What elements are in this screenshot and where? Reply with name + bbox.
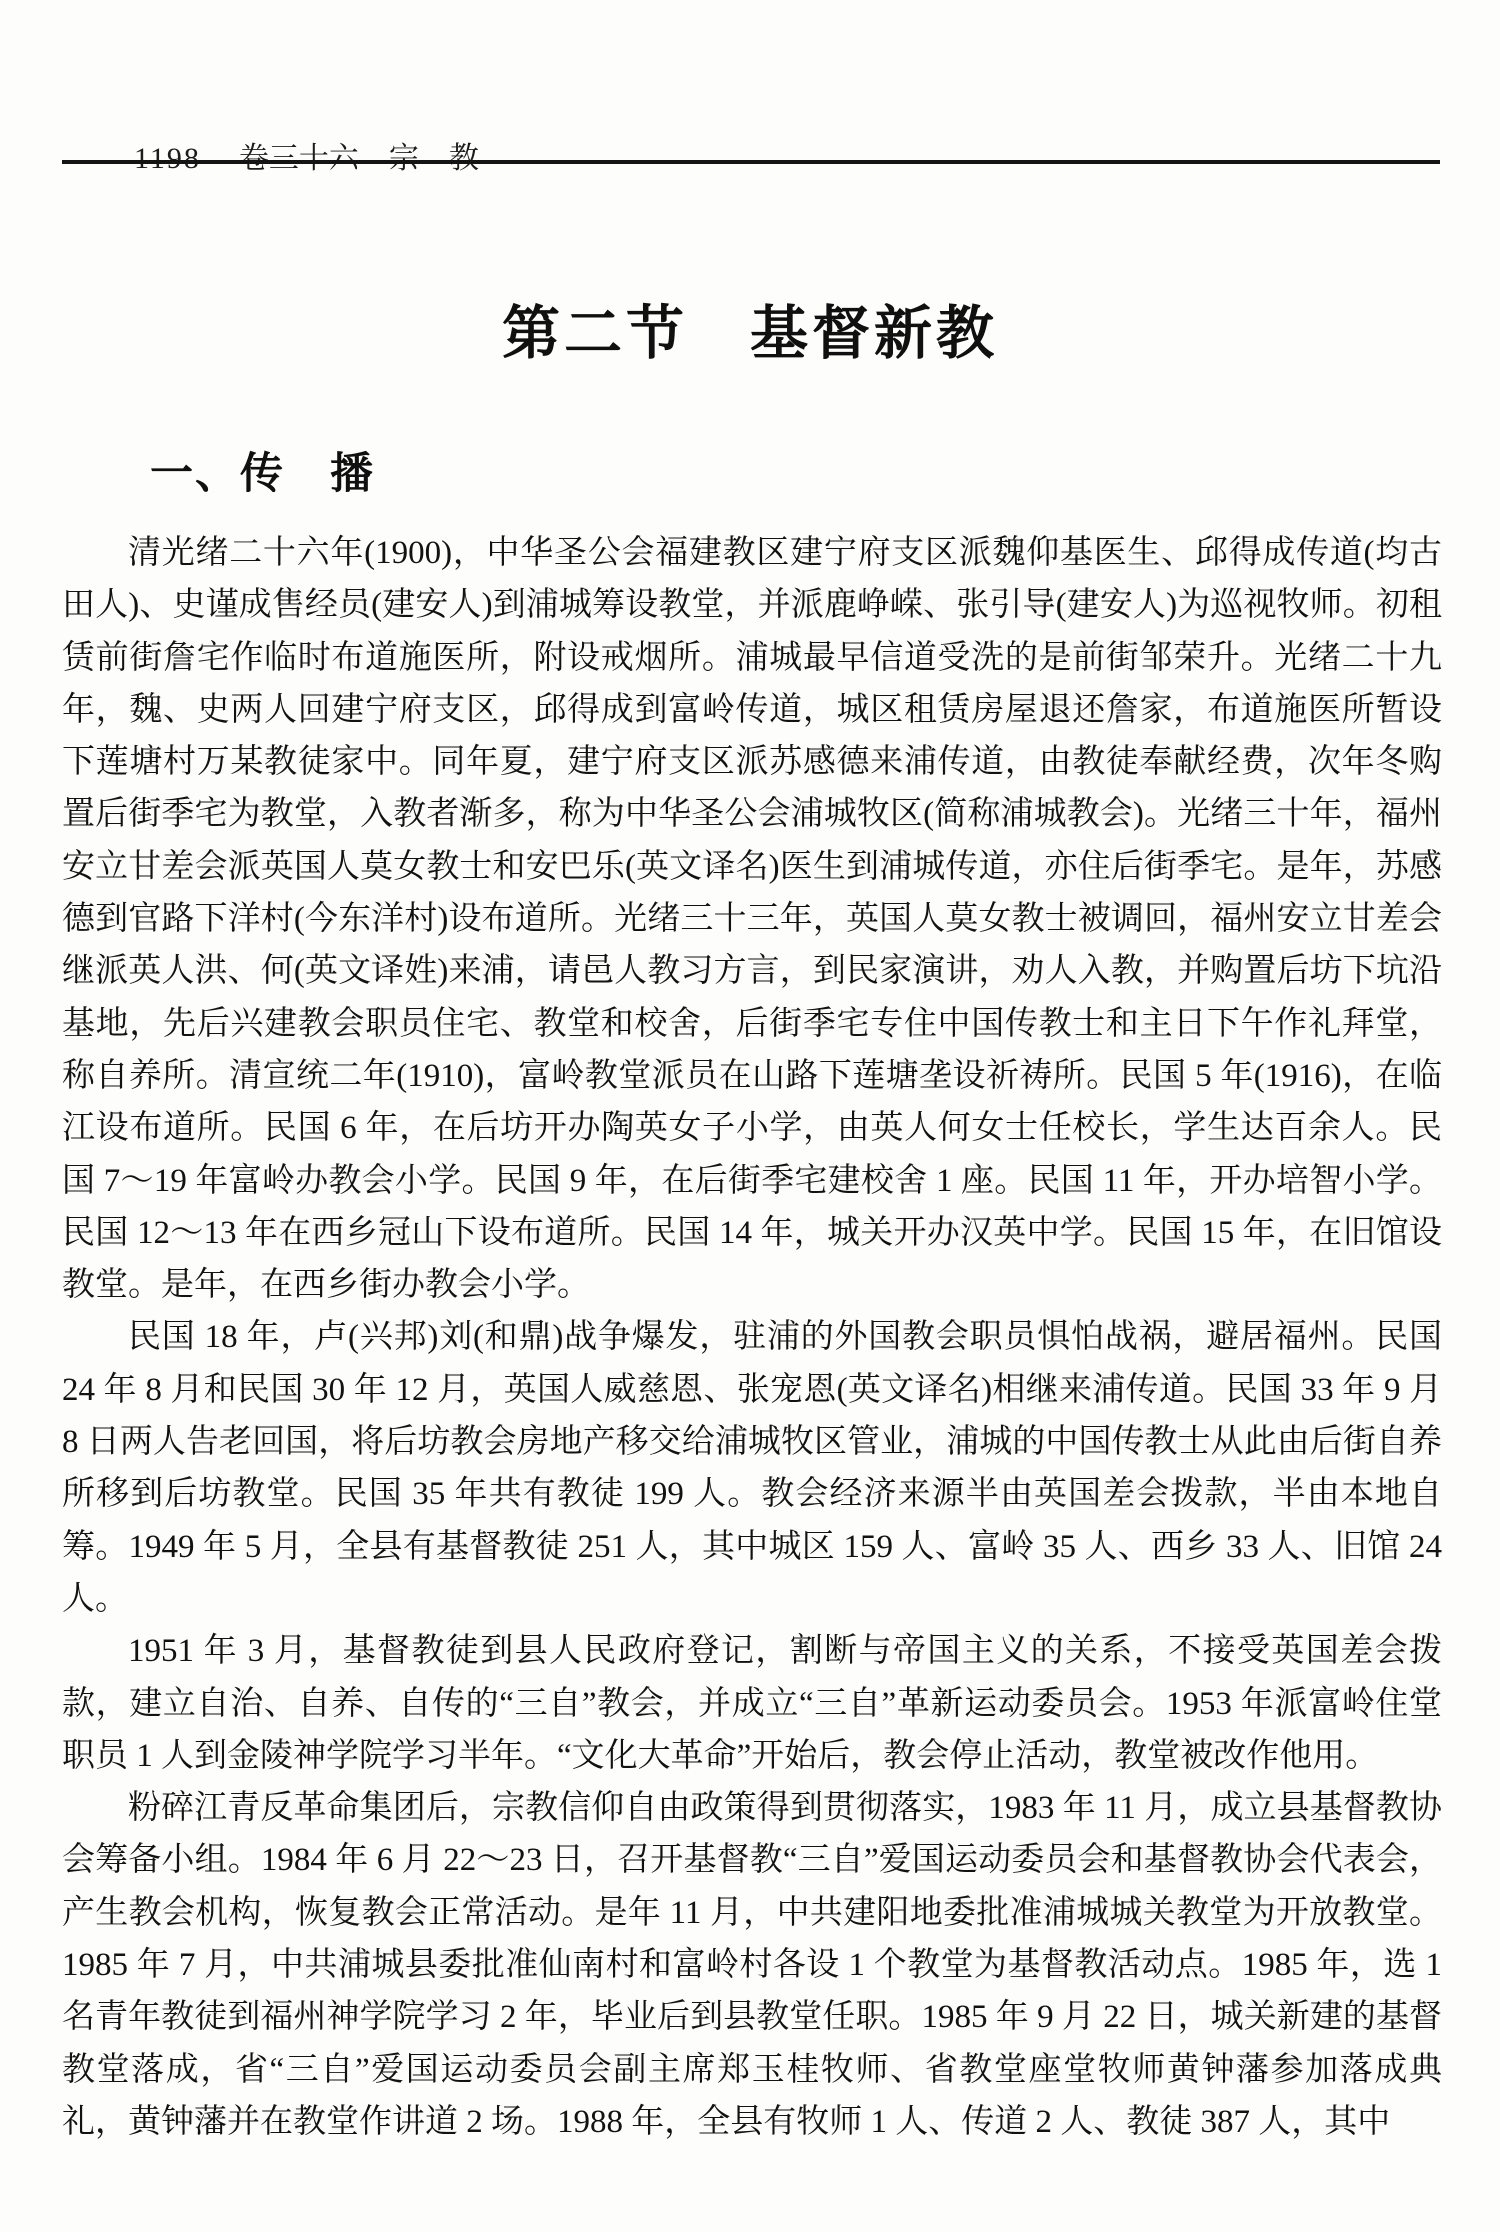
body-text: 清光绪二十六年(1900)，中华圣公会福建教区建宁府支区派魏仰基医生、邱得成传道… xyxy=(62,527,1442,2148)
running-header: 1198卷三十六 宗 教 xyxy=(104,108,1440,210)
page-number: 1198 xyxy=(134,142,201,176)
running-title: 卷三十六 宗 教 xyxy=(239,142,479,175)
paragraph-3: 1951 年 3 月，基督教徒到县人民政府登记，割断与帝国主义的关系，不接受英国… xyxy=(62,1625,1442,1782)
paragraph-4: 粉碎江青反革命集团后，宗教信仰自由政策得到贯彻落实，1983 年 11 月，成立… xyxy=(62,1782,1442,2148)
paragraph-2: 民国 18 年，卢(兴邦)刘(和鼎)战争爆发，驻浦的外国教会职员惧怕战祸，避居福… xyxy=(62,1311,1442,1625)
book-page: 1198卷三十六 宗 教 第二节 基督新教 一、传 播 清光绪二十六年(1900… xyxy=(0,0,1500,2232)
section-heading: 一、传 播 xyxy=(150,440,375,501)
header-rule xyxy=(62,160,1440,164)
chapter-title: 第二节 基督新教 xyxy=(0,286,1500,370)
paragraph-1: 清光绪二十六年(1900)，中华圣公会福建教区建宁府支区派魏仰基医生、邱得成传道… xyxy=(62,527,1442,1311)
